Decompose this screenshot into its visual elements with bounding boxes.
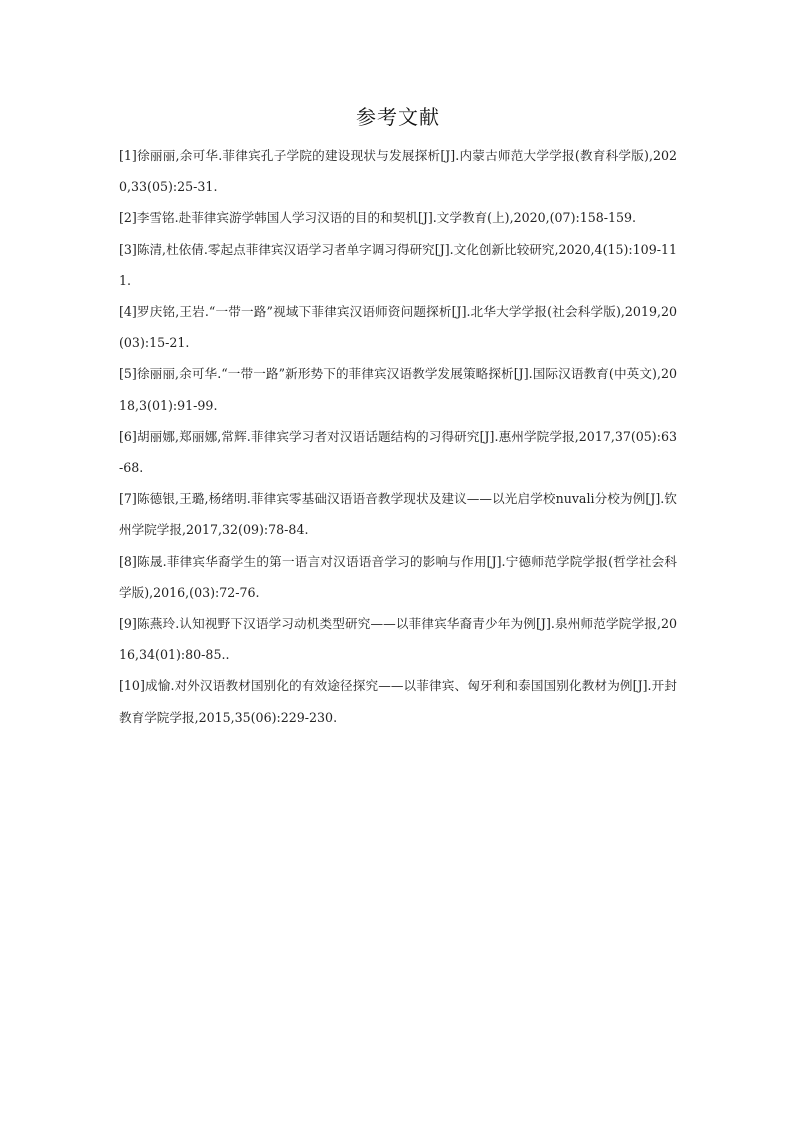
reference-item-2: [2]李雪铭.赴菲律宾游学韩国人学习汉语的目的和契机[J].文学教育(上),20…: [119, 202, 677, 233]
document-page: 参考文献 [1]徐丽丽,余可华.菲律宾孔子学院的建设现状与发展探析[J].内蒙古…: [119, 100, 677, 733]
reference-item-7: [7]陈德银,王璐,杨绪明.菲律宾零基础汉语语音教学现状及建议——以光启学校nu…: [119, 483, 677, 545]
reference-item-3: [3]陈清,杜依倩.零起点菲律宾汉语学习者单字调习得研究[J].文化创新比较研究…: [119, 234, 677, 296]
reference-item-5: [5]徐丽丽,余可华.“一带一路”新形势下的菲律宾汉语教学发展策略探析[J].国…: [119, 358, 677, 420]
reference-item-8: [8]陈晟.菲律宾华裔学生的第一语言对汉语语音学习的影响与作用[J].宁德师范学…: [119, 546, 677, 608]
reference-item-9: [9]陈燕玲.认知视野下汉语学习动机类型研究——以菲律宾华裔青少年为例[J].泉…: [119, 608, 677, 670]
reference-item-6: [6]胡丽娜,郑丽娜,常辉.菲律宾学习者对汉语话题结构的习得研究[J].惠州学院…: [119, 421, 677, 483]
page-title: 参考文献: [119, 100, 677, 134]
reference-item-1: [1]徐丽丽,余可华.菲律宾孔子学院的建设现状与发展探析[J].内蒙古师范大学学…: [119, 140, 677, 202]
reference-list: [1]徐丽丽,余可华.菲律宾孔子学院的建设现状与发展探析[J].内蒙古师范大学学…: [119, 140, 677, 733]
reference-item-4: [4]罗庆铭,王岩.“一带一路”视域下菲律宾汉语师资问题探析[J].北华大学学报…: [119, 296, 677, 358]
reference-item-10: [10]成愉.对外汉语教材国别化的有效途径探究——以菲律宾、匈牙利和泰国国别化教…: [119, 670, 677, 732]
